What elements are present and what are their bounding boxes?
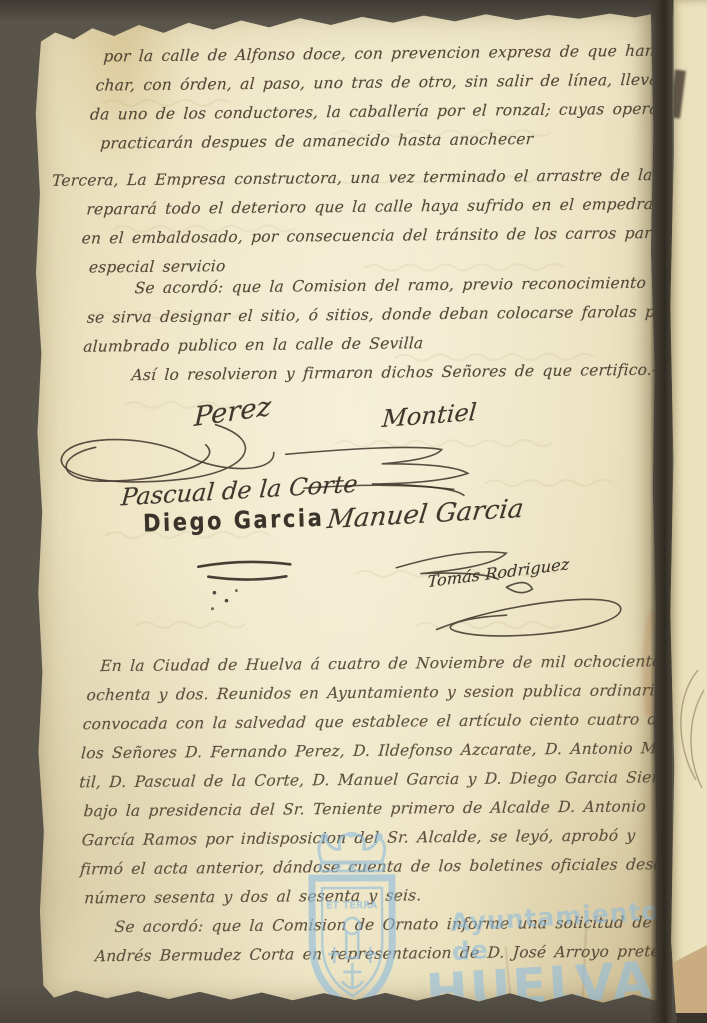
paragraph-tercera-clause: Tercera, La Empresa constructora, una ve… [34, 161, 655, 283]
manuscript-line: Andrés Bermudez Corta en representacion … [94, 937, 659, 971]
manuscript-line: Se acordó: que la Comision de Ornato inf… [114, 908, 659, 942]
signature-diego-garcia: Diego Garcia [143, 504, 325, 537]
paragraph-continuation: por la calle de Alfonso doce, con preven… [33, 37, 654, 159]
signatures-block: Perez Montiel Pascual de la Corte Diego … [35, 390, 656, 655]
next-page-edge [668, 0, 707, 1023]
next-page-ink-flourish [668, 660, 707, 800]
archive-scan-background: por la calle de Alfonso doce, con preven… [0, 0, 707, 1023]
manuscript-page: por la calle de Alfonso doce, con preven… [33, 10, 658, 1011]
manuscript-line: Así lo resolvieron y firmaron dichos Señ… [131, 356, 657, 391]
page-gutter-shadow [650, 0, 672, 1023]
paragraph-session-4-november-1882: En la Ciudad de Huelva á cuatro de Novie… [36, 647, 658, 971]
manuscript-line: practicarán despues de amanecido hasta a… [99, 124, 655, 159]
next-page-bottom-shadow [668, 1013, 707, 1023]
paragraph-resolution: Se acordó: que la Comision del ramo, pre… [34, 269, 655, 391]
next-page-corner [668, 945, 707, 1017]
